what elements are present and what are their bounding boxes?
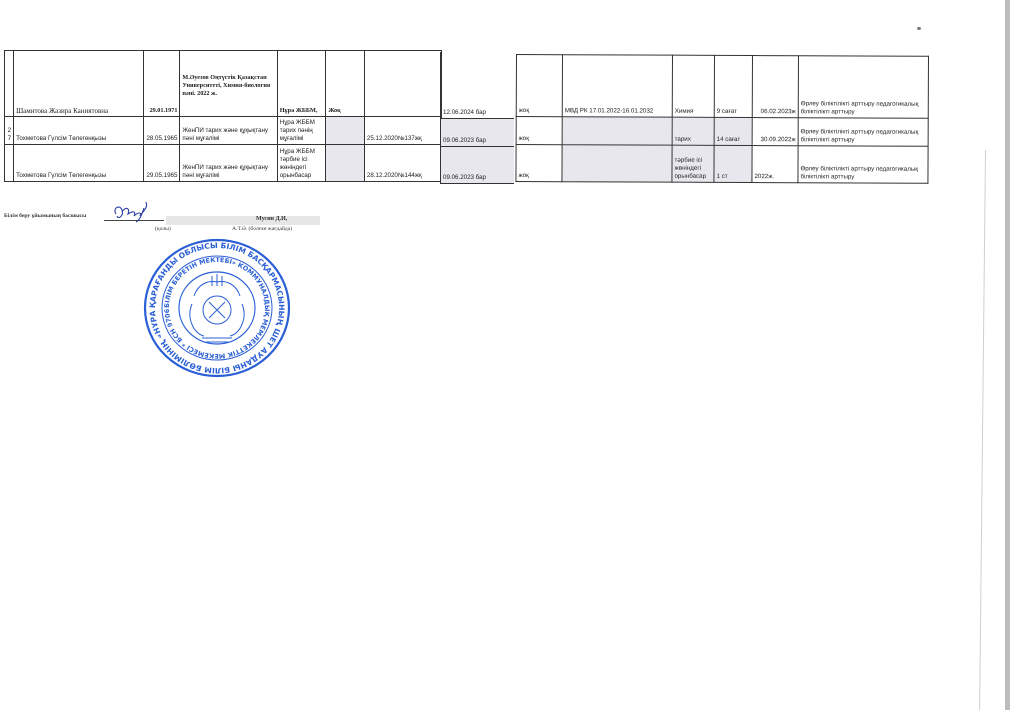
certificate [562,117,672,145]
workplace: Нұра ЖББМ, [277,51,326,117]
table-row: Тохметова Гүлсім Төлегенқызы 29.05.1965 … [5,145,442,182]
subject: тәрбие ісі жөніндегі орынбасар [672,145,714,182]
table-row: 27 Тохметова Гүлсім Төлегенқызы 28.05.19… [5,117,442,145]
table-row: жоқ МВД РК 17.01.2022-16.01.2032 Химия 9… [516,55,928,119]
category [326,117,365,145]
disability: жоқ [516,55,562,117]
head-label: Білім беру ұйымының басшысы [4,213,86,219]
birth-date: 29.01.1971 [143,51,180,117]
education: ЖенПИ тарих және құқықтану пәні мұғалімі [180,117,277,145]
category [326,145,365,182]
table-row: жоқ тәрбие ісі жөніндегі орынбасар 1 ст … [516,145,928,184]
order: 25.12.2020№137жқ [364,117,441,145]
course: Өрлеу біліктілікті арттыру педагогикалық… [798,146,928,184]
certificate: МВД РК 17.01.2022-16.01.2032 [562,55,672,117]
disability: жоқ [516,117,562,145]
signature-scribble-icon [108,200,158,224]
row-number: 27 [5,117,14,145]
staff-name: Тохметова Гүлсім Төлегенқызы [14,117,144,145]
head-name: Мусин Д.И, [256,216,287,222]
course-date: 06.02.2023ж [752,56,798,118]
hours: 14 сағат [714,117,752,145]
attestation: 12.06.2024 бар [441,52,515,118]
table-row: 12.06.2024 бар [441,52,515,118]
hours: 9 сағат [714,55,752,117]
education: ЖенПИ тарих және құқықтану пәні мұғалімі [180,145,277,182]
table-row: 09.06.2023 бар [441,146,515,183]
education: М.Әуезов Оңтүстік Қазақстан Университеті… [180,51,277,117]
disability: жоқ [516,145,562,182]
attestation-column: 12.06.2024 бар 09.06.2023 бар 09.06.2023… [440,52,514,184]
staff-table-left: Шамитова Жазира Каниятовна 29.01.1971 М.… [4,50,442,182]
category: Жоқ [326,51,365,117]
course-date: 30.09.2022ж [752,118,798,146]
table-row: Шамитова Жазира Каниятовна 29.01.1971 М.… [5,51,442,117]
birth-date: 28.05.1965 [143,117,180,145]
certificate [562,145,672,182]
course: Өрлеу біліктілікті арттыру педагогикалық… [798,118,928,147]
row-number [5,51,14,117]
workplace: Нұра ЖББМ тарих пәнің мұғалімі [277,117,326,145]
table-row: жоқ тарих 14 сағат 30.09.2022ж Өрлеу біл… [516,117,928,147]
scan-speck [917,27,921,30]
scan-page-line [979,150,986,710]
staff-name: Шамитова Жазира Каниятовна [14,51,144,117]
signature-caption: (қолы) [155,226,171,232]
name-caption: А.Т.Ә. (болған жағдайда) [232,226,292,232]
hours: 1 ст [714,145,752,182]
subject: тарих [672,117,714,145]
course: Өрлеу біліктілікті арттыру педагогикалық… [798,56,928,119]
table-row: 09.06.2023 бар [441,118,515,146]
name-field-shade [166,216,320,225]
attestation: 09.06.2023 бар [441,118,515,146]
course-date: 2022ж. [752,146,798,183]
staff-table-right: жоқ МВД РК 17.01.2022-16.01.2032 Химия 9… [515,54,929,184]
order [364,51,441,117]
row-number [5,145,14,182]
staff-name: Тохметова Гүлсім Төлегенқызы [14,145,144,182]
scan-page-edge [1005,0,1010,710]
subject: Химия [672,55,714,117]
workplace: Нұра ЖББМ тәрбие ісі жөніндегі орынбасар [277,145,326,182]
order: 28.12.2020№144жқ [364,145,441,182]
official-stamp-icon: ҚАРАҒАНДЫ ОБЛЫСЫ БІЛІМ БАСҚАРМАСЫНЫҢ ШЕТ… [142,238,292,378]
birth-date: 29.05.1965 [143,145,180,182]
attestation: 09.06.2023 бар [441,146,515,183]
